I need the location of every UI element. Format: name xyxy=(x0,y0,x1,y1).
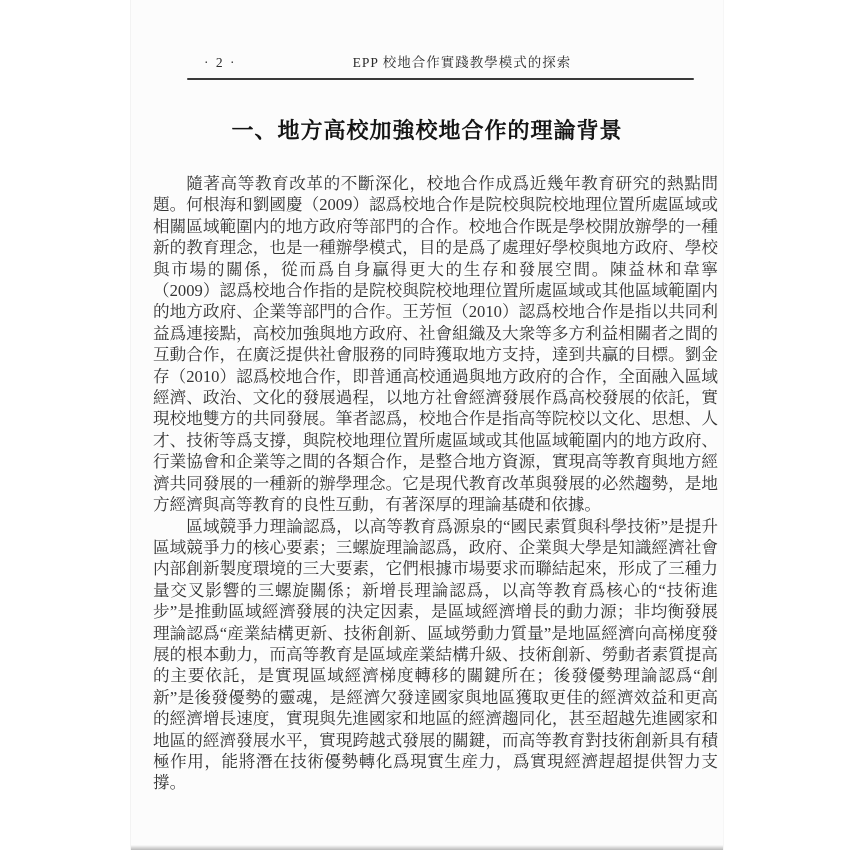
paragraph-1: 隨著高等教育改革的不斷深化，校地合作成爲近幾年教育研究的熱點問題。何根海和劉國慶… xyxy=(153,173,718,516)
body-text: 隨著高等教育改革的不斷深化，校地合作成爲近幾年教育研究的熱點問題。何根海和劉國慶… xyxy=(153,173,718,794)
page-header: · 2 · EPP 校地合作實踐教學模式的探索 xyxy=(131,0,723,78)
scanned-book-page: · 2 · EPP 校地合作實踐教學模式的探索 一、地方高校加強校地合作的理論背… xyxy=(0,0,850,850)
section-title: 一、地方高校加強校地合作的理論背景 xyxy=(131,117,723,145)
page-paper: · 2 · EPP 校地合作實踐教學模式的探索 一、地方高校加強校地合作的理論背… xyxy=(130,0,724,850)
header-rule xyxy=(187,78,694,80)
running-title: EPP 校地合作實踐教學模式的探索 xyxy=(201,51,723,71)
paragraph-2: 區域競爭力理論認爲，以高等教育爲源泉的“國民素質與科學技術”是提升區域競爭力的核… xyxy=(153,516,718,794)
page-bottom-scan-edge xyxy=(131,845,723,850)
